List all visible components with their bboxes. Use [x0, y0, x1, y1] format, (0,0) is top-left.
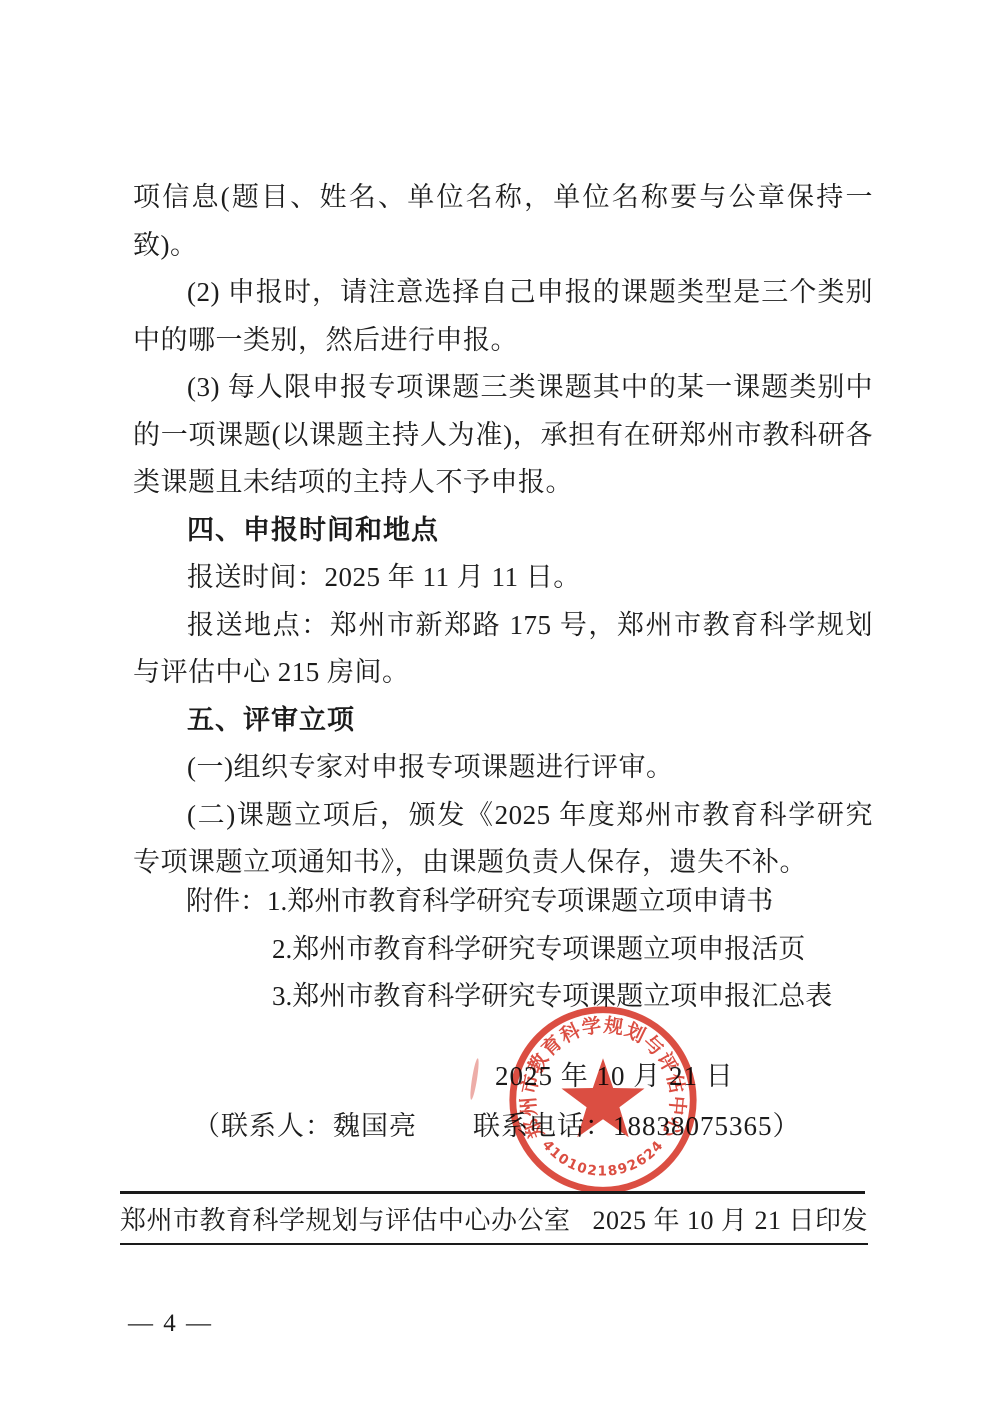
imprint-footer: 郑州市教育科学规划与评估中心办公室 2025 年 10 月 21 日印发 [120, 1206, 868, 1245]
footer-issuing-office: 郑州市教育科学规划与评估中心办公室 [120, 1206, 571, 1236]
seal-ink-smudge [469, 1058, 481, 1100]
official-seal-graphic: 郑州市教育科学规划与评估中心 4101021892624 [506, 1003, 700, 1197]
body-paragraph-submit-place: 报送地点：郑州市新郑路 175 号，郑州市教育科学规划与评估中心 215 房间。 [133, 602, 873, 697]
body-paragraph-review1: (一)组织专家对申报专项课题进行评审。 [133, 744, 873, 792]
body-paragraph-review2: (二)课题立项后，颁发《2025 年度郑州市教育科学研究专项课题立项通知书》，由… [133, 792, 873, 887]
contact-line: （联系人：魏国亮 联系电话：18838075365） [193, 1106, 801, 1146]
document-body: 项信息(题目、姓名、单位名称，单位名称要与公章保持一致)。 (2) 申报时，请注… [133, 174, 873, 887]
attachment-item: 3.郑州市教育科学研究专项课题立项申报汇总表 [272, 973, 906, 1021]
document-page: 项信息(题目、姓名、单位名称，单位名称要与公章保持一致)。 (2) 申报时，请注… [0, 0, 1000, 1414]
body-paragraph-note3: (3) 每人限申报专项课题三类课题其中的某一课题类别中的一项课题(以课题主持人为… [133, 364, 873, 507]
attachments-block: 附件： 1.郑州市教育科学研究专项课题立项申请书 2.郑州市教育科学研究专项课题… [186, 878, 906, 1021]
footer-top-rule [120, 1191, 865, 1194]
footer-print-date: 2025 年 10 月 21 日印发 [592, 1206, 868, 1236]
attachment-item: 2.郑州市教育科学研究专项课题立项申报活页 [272, 926, 906, 974]
attachment-line-1: 附件： 1.郑州市教育科学研究专项课题立项申请书 [186, 878, 906, 926]
body-paragraph-continuation: 项信息(题目、姓名、单位名称，单位名称要与公章保持一致)。 [133, 174, 873, 269]
section-heading-4: 四、申报时间和地点 [133, 507, 873, 555]
page-number: — 4 — [128, 1310, 213, 1338]
body-paragraph-submit-time: 报送时间：2025 年 11 月 11 日。 [133, 554, 873, 602]
attachment-item: 1.郑州市教育科学研究专项课题立项申请书 [267, 878, 773, 926]
attachments-label: 附件： [186, 878, 267, 926]
signoff-date: 2025 年 10 月 21 日 [495, 1056, 734, 1096]
official-seal: 郑州市教育科学规划与评估中心 4101021892624 [506, 1003, 700, 1197]
section-heading-5: 五、评审立项 [133, 697, 873, 745]
seal-ring [513, 1010, 693, 1190]
body-paragraph-note2: (2) 申报时，请注意选择自己申报的课题类型是三个类别中的哪一类别，然后进行申报… [133, 269, 873, 364]
